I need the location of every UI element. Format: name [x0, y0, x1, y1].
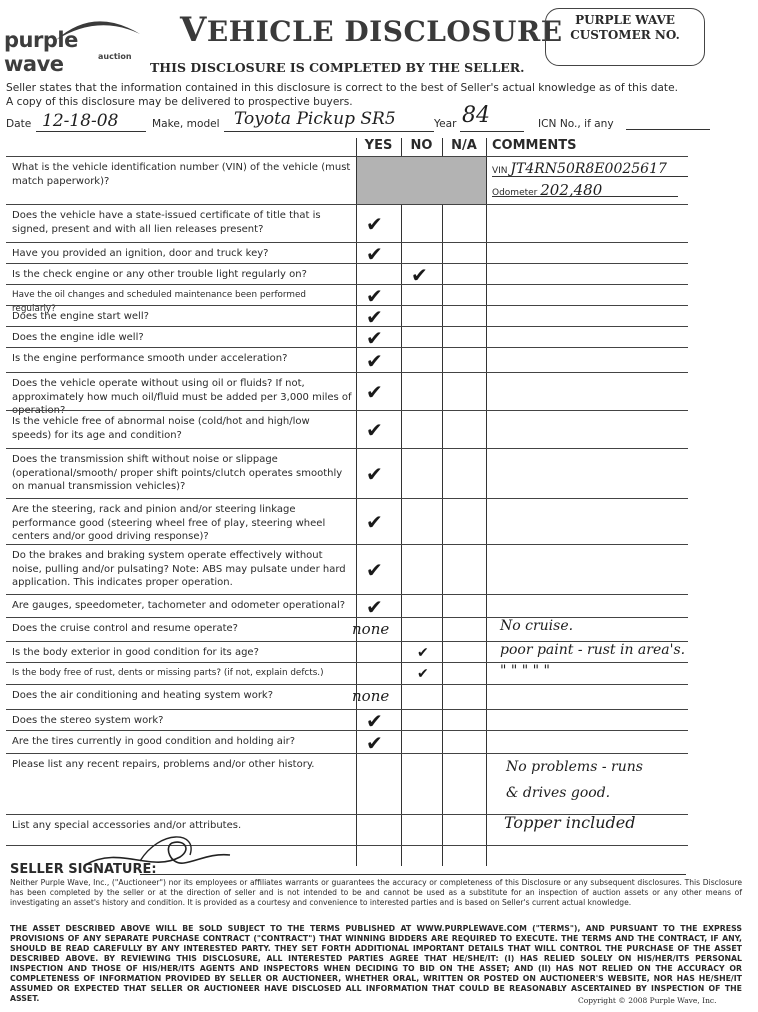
answer-cell-na[interactable]: [442, 618, 486, 642]
comment-field[interactable]: [490, 285, 688, 306]
answer-cell-na[interactable]: [442, 663, 486, 685]
answer-cell-no[interactable]: [401, 411, 442, 449]
answer-cell-yes[interactable]: ✔: [356, 373, 401, 411]
question-text: Does the engine idle well?: [12, 331, 352, 345]
question-text: Does the cruise control and resume opera…: [12, 622, 352, 636]
answer-cell-no[interactable]: [401, 731, 442, 754]
answer-cell-yes[interactable]: ✔: [356, 327, 401, 348]
answer-cell-na[interactable]: [442, 710, 486, 731]
answer-cell-na[interactable]: [442, 411, 486, 449]
answer-cell-yes[interactable]: ✔: [356, 545, 401, 595]
table-row: Have you provided an ignition, door and …: [6, 242, 688, 264]
question-text: Is the check engine or any other trouble…: [12, 268, 352, 282]
disclaimer-text: Neither Purple Wave, Inc., ("Auctioneer"…: [10, 878, 742, 908]
terms-text: THE ASSET DESCRIBED ABOVE WILL BE SOLD S…: [10, 924, 742, 1004]
column-header-na: N/A: [442, 138, 486, 153]
comment-field[interactable]: [490, 306, 688, 327]
table-row: Is the engine performance smooth under a…: [6, 347, 688, 373]
answer-cell-yes[interactable]: [356, 663, 401, 685]
signature-scribble-icon: [80, 835, 240, 875]
question-text: Does the engine start well?: [12, 310, 352, 324]
table-row: Does the vehicle have a state-issued cer…: [6, 204, 688, 243]
comment-field[interactable]: [490, 710, 688, 731]
make-model-label: Make, model: [152, 118, 220, 130]
answer-cell-na[interactable]: [442, 685, 486, 710]
table-row: Are gauges, speedometer, tachometer and …: [6, 594, 688, 618]
table-row: Does the stereo system work?✔: [6, 709, 688, 731]
comment-field[interactable]: [490, 545, 688, 595]
answer-cell-no[interactable]: [401, 545, 442, 595]
vin-field[interactable]: VIN JT4RN50R8E0025617: [492, 161, 688, 177]
answer-cell-yes[interactable]: ✔: [356, 285, 401, 306]
table-row: Does the air conditioning and heating sy…: [6, 684, 688, 710]
table-row: Does the transmission shift without nois…: [6, 448, 688, 499]
answer-cell-na[interactable]: [442, 642, 486, 663]
answer-cell-na[interactable]: [442, 243, 486, 264]
answer-cell-no[interactable]: ✔: [401, 642, 442, 663]
check-mark-icon: ✔: [366, 711, 383, 731]
answer-cell-no[interactable]: [401, 595, 442, 618]
question-text: Are the tires currently in good conditio…: [12, 735, 352, 749]
answer-cell-na[interactable]: [442, 545, 486, 595]
comment-text: No cruise.: [500, 618, 573, 634]
answer-cell-na[interactable]: [442, 306, 486, 327]
page-title: VEHICLE DISCLOSURE: [180, 10, 563, 50]
comment-field[interactable]: [490, 595, 688, 618]
check-mark-icon: ✔: [366, 351, 383, 371]
question-text: Do the brakes and braking system operate…: [12, 549, 352, 590]
answer-cell-no[interactable]: [401, 327, 442, 348]
answer-cell-no[interactable]: [401, 754, 442, 815]
table-row: Is the body free of rust, dents or missi…: [6, 662, 688, 685]
date-field[interactable]: 12-18-08: [36, 115, 146, 132]
comment-field[interactable]: [490, 449, 688, 499]
answer-cell-no[interactable]: [401, 685, 442, 710]
check-mark-icon: ✔: [366, 214, 383, 234]
check-mark-icon: ✔: [366, 307, 383, 327]
answer-cell-yes[interactable]: [356, 264, 401, 285]
answer-cell-na[interactable]: [442, 348, 486, 373]
answer-cell-no[interactable]: [401, 499, 442, 545]
seller-signature-field[interactable]: [140, 874, 686, 875]
answer-cell-no[interactable]: [401, 243, 442, 264]
comment-field[interactable]: [490, 264, 688, 285]
check-mark-icon: ✔: [417, 664, 429, 684]
comment-field[interactable]: No cruise.: [490, 618, 688, 642]
comment-field[interactable]: [490, 327, 688, 348]
answer-cell-na[interactable]: [442, 449, 486, 499]
question-text: Does the vehicle have a state-issued cer…: [12, 209, 352, 236]
answer-cell-na[interactable]: [442, 499, 486, 545]
answer-cell-yes[interactable]: ✔: [356, 499, 401, 545]
comment-text: poor paint - rust in area's.: [500, 642, 685, 658]
answer-cell-no[interactable]: [401, 285, 442, 306]
odometer-field[interactable]: Odometer 202,480: [492, 181, 678, 197]
answer-none-note: none: [352, 620, 389, 638]
question-text: Does the stereo system work?: [12, 714, 352, 728]
answer-cell-yes[interactable]: ✔: [356, 205, 401, 243]
table-row: Is the vehicle free of abnormal noise (c…: [6, 410, 688, 449]
check-mark-icon: ✔: [366, 464, 383, 484]
comment-field[interactable]: [490, 373, 688, 411]
answer-cell-na[interactable]: [442, 815, 486, 867]
comment-field[interactable]: [490, 243, 688, 264]
table-row: Does the engine idle well?✔: [6, 326, 688, 348]
comment-field[interactable]: Topper included: [490, 815, 688, 867]
answer-cell-na[interactable]: [442, 264, 486, 285]
table-row: Are the tires currently in good conditio…: [6, 730, 688, 754]
answer-cell-no[interactable]: ✔: [401, 264, 442, 285]
check-mark-icon: ✔: [366, 733, 383, 753]
comment-text: Topper included: [504, 813, 636, 832]
question-text: Does the air conditioning and heating sy…: [12, 689, 352, 703]
answer-cell-yes[interactable]: ✔: [356, 595, 401, 618]
table-row: Are the steering, rack and pinion and/or…: [6, 498, 688, 545]
comment-field[interactable]: No problems - runs & drives good.: [490, 754, 688, 815]
question-text: Is the vehicle free of abnormal noise (c…: [12, 415, 352, 442]
column-header-no: NO: [401, 138, 442, 153]
answer-cell-yes[interactable]: ✔: [356, 710, 401, 731]
question-text: Are the steering, rack and pinion and/or…: [12, 503, 352, 544]
question-text: Is the body exterior in good condition f…: [12, 646, 352, 660]
answer-cell-no[interactable]: [401, 618, 442, 642]
answer-cell-yes[interactable]: ✔: [356, 449, 401, 499]
column-header-yes: YES: [356, 138, 401, 153]
answer-cell-no[interactable]: [401, 815, 442, 867]
answer-cell-yes[interactable]: [356, 642, 401, 663]
table-row: Have the oil changes and scheduled maint…: [6, 284, 688, 306]
year-field[interactable]: 84: [460, 115, 524, 132]
purple-wave-logo: purple wave auction: [4, 12, 144, 58]
answer-cell-no[interactable]: ✔: [401, 663, 442, 685]
check-mark-icon: ✔: [411, 265, 428, 285]
answer-cell-na[interactable]: [442, 595, 486, 618]
copyright: Copyright © 2008 Purple Wave, Inc.: [578, 996, 717, 1005]
comment-text: " " " " ": [500, 663, 550, 679]
check-mark-icon: ✔: [366, 382, 383, 402]
question-text: Please list any recent repairs, problems…: [12, 758, 352, 772]
table-row: Please list any recent repairs, problems…: [6, 753, 688, 815]
answer-cell-na[interactable]: [442, 285, 486, 306]
question-text: Are gauges, speedometer, tachometer and …: [12, 599, 352, 613]
question-text: Does the transmission shift without nois…: [12, 453, 352, 494]
check-mark-icon: ✔: [366, 597, 383, 617]
answer-cell-yes[interactable]: ✔: [356, 306, 401, 327]
year-label: Year: [434, 118, 456, 130]
check-mark-icon: ✔: [366, 512, 383, 532]
table-row: Does the vehicle operate without using o…: [6, 372, 688, 411]
answer-cell-yes[interactable]: ✔: [356, 411, 401, 449]
column-header-comments: COMMENTS: [492, 138, 692, 153]
answer-cell-na[interactable]: [442, 731, 486, 754]
intro-statement: Seller states that the information conta…: [6, 81, 678, 109]
question-text: What is the vehicle identification numbe…: [12, 161, 352, 188]
answer-cell-yes[interactable]: ✔: [356, 243, 401, 264]
question-text: Is the body free of rust, dents or missi…: [12, 667, 352, 681]
check-mark-icon: ✔: [417, 643, 429, 663]
answer-cell-no[interactable]: [401, 348, 442, 373]
answer-none-note: none: [352, 687, 389, 705]
comment-field[interactable]: [490, 499, 688, 545]
icn-label: ICN No., if any: [538, 118, 614, 130]
logo-sub: auction: [98, 52, 132, 61]
check-mark-icon: ✔: [366, 328, 383, 348]
answer-cell-na[interactable]: [442, 327, 486, 348]
answer-cell-no[interactable]: [401, 449, 442, 499]
table-row: Is the body exterior in good condition f…: [6, 641, 688, 663]
comment-field[interactable]: [490, 205, 688, 243]
answer-cell-no[interactable]: [401, 306, 442, 327]
shaded-cells: [357, 157, 486, 205]
answer-cell-no[interactable]: [401, 710, 442, 731]
icn-field[interactable]: [626, 115, 710, 130]
comment-field[interactable]: " " " " ": [490, 663, 688, 685]
question-text: Have you provided an ignition, door and …: [12, 247, 352, 261]
answer-cell-no[interactable]: [401, 373, 442, 411]
check-mark-icon: ✔: [366, 286, 383, 306]
comment-field[interactable]: [490, 731, 688, 754]
answer-cell-yes[interactable]: [356, 754, 401, 815]
customer-number-box[interactable]: PURPLE WAVE CUSTOMER NO.: [545, 8, 705, 66]
check-mark-icon: ✔: [366, 560, 383, 580]
page-subtitle: THIS DISCLOSURE IS COMPLETED BY THE SELL…: [150, 60, 525, 75]
comment-field[interactable]: [490, 685, 688, 710]
table-row: Do the brakes and braking system operate…: [6, 544, 688, 595]
check-mark-icon: ✔: [366, 420, 383, 440]
table-row: Is the check engine or any other trouble…: [6, 263, 688, 285]
table-row: What is the vehicle identification numbe…: [6, 156, 688, 205]
check-mark-icon: ✔: [366, 244, 383, 264]
question-text: Is the engine performance smooth under a…: [12, 352, 352, 366]
vehicle-info-line: Date 12-18-08 Make, model Toyota Pickup …: [6, 112, 726, 134]
answer-cell-na[interactable]: [442, 205, 486, 243]
table-row: Does the engine start well?✔: [6, 305, 688, 327]
answer-cell-yes[interactable]: ✔: [356, 348, 401, 373]
answer-cell-na[interactable]: [442, 754, 486, 815]
answer-cell-na[interactable]: [442, 373, 486, 411]
answer-cell-yes[interactable]: [356, 815, 401, 867]
make-model-field[interactable]: Toyota Pickup SR5: [224, 115, 434, 132]
comment-text: No problems - runs & drives good.: [506, 754, 656, 806]
comment-field[interactable]: [490, 411, 688, 449]
comment-field[interactable]: poor paint - rust in area's.: [490, 642, 688, 663]
comment-field[interactable]: [490, 348, 688, 373]
answer-cell-yes[interactable]: ✔: [356, 731, 401, 754]
question-text: List any special accessories and/or attr…: [12, 819, 352, 833]
date-label: Date: [6, 118, 31, 130]
disclosure-table: YESNON/ACOMMENTSWhat is the vehicle iden…: [6, 138, 688, 858]
answer-cell-no[interactable]: [401, 205, 442, 243]
table-row: Does the cruise control and resume opera…: [6, 617, 688, 642]
